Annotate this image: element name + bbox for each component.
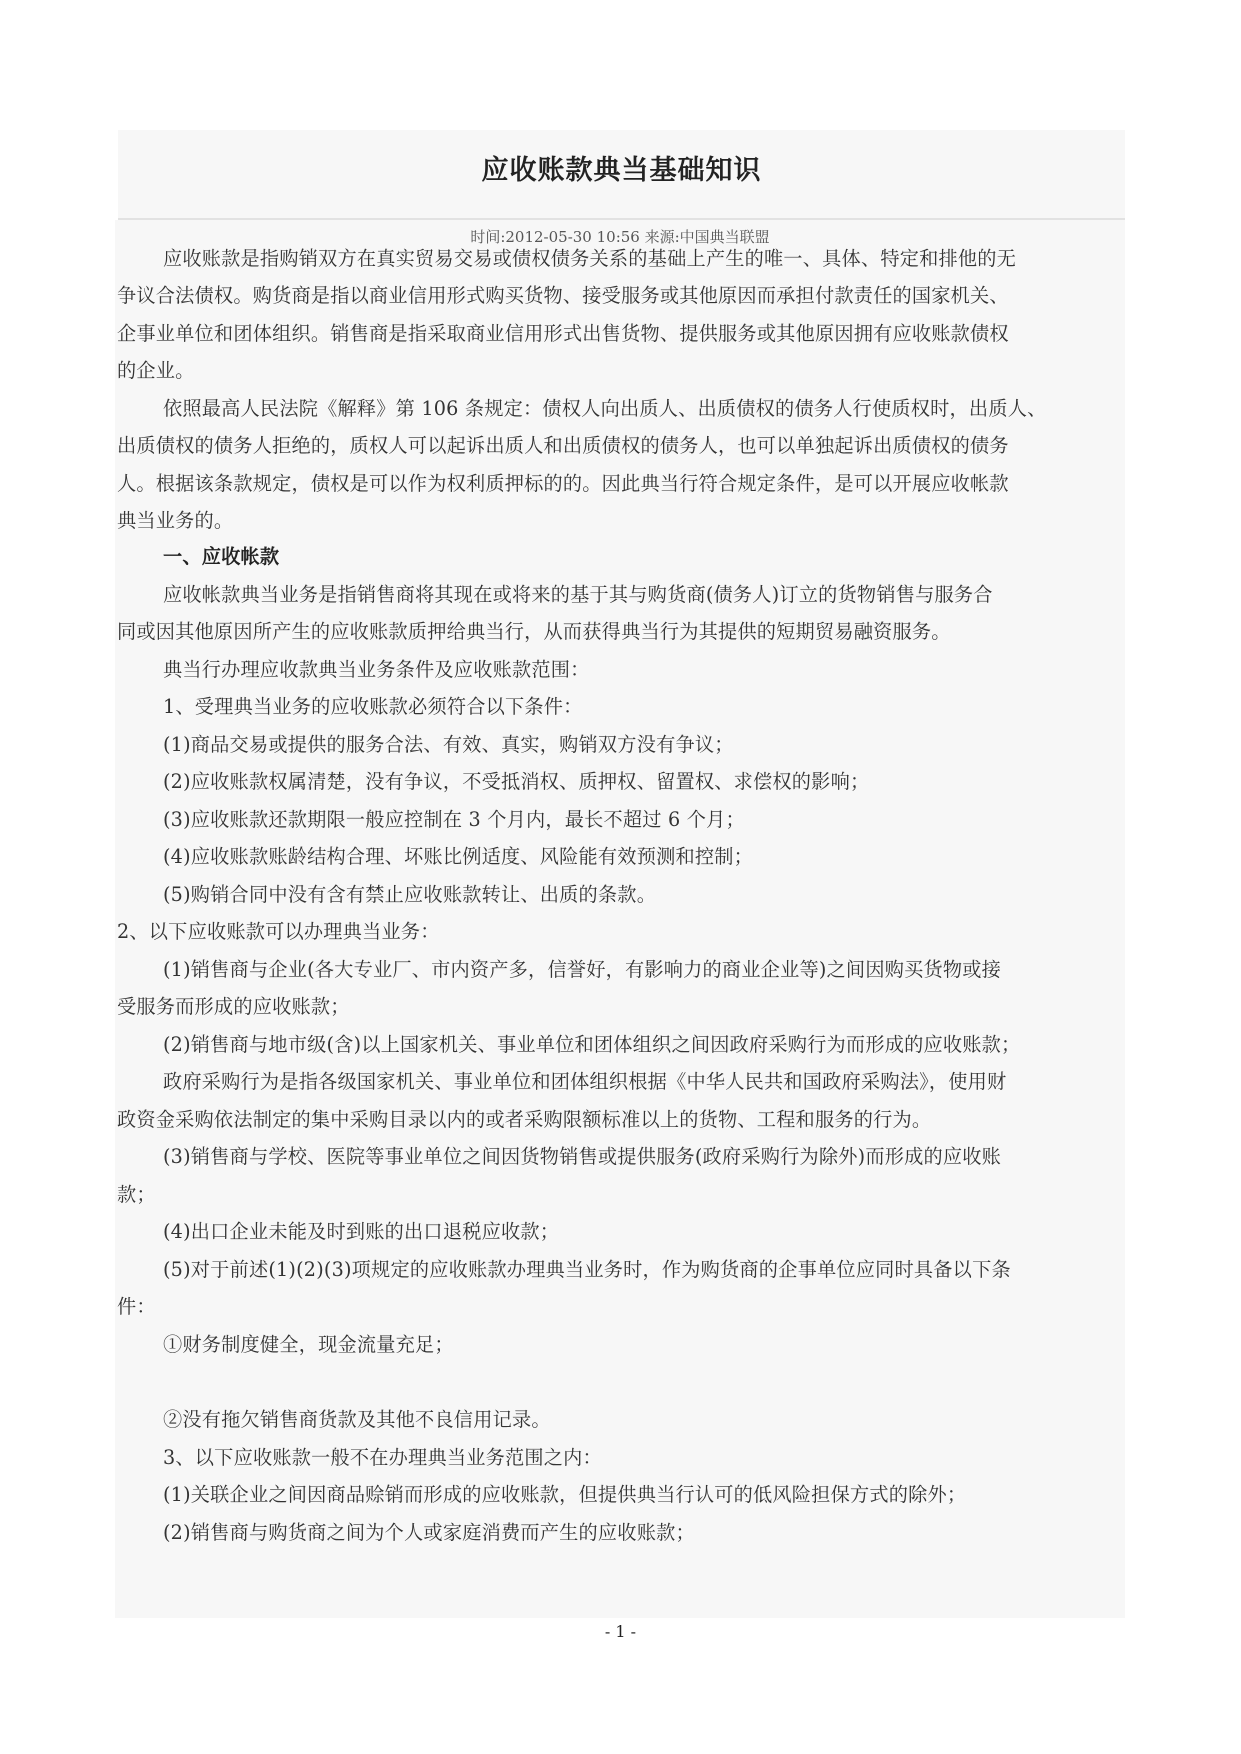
paragraph-line: 1、受理典当业务的应收账款必须符合以下条件： bbox=[163, 692, 583, 719]
paragraph-line: 政府采购行为是指各级国家机关、事业单位和团体组织根据《中华人民共和国政府采购法》… bbox=[163, 1067, 1006, 1094]
title-header: 应收账款典当基础知识 bbox=[118, 130, 1125, 220]
paragraph-line: (1)商品交易或提供的服务合法、有效、真实，购销双方没有争议； bbox=[163, 730, 734, 757]
paragraph-line: (3)应收账款还款期限一般应控制在 3 个月内，最长不超过 6 个月； bbox=[163, 805, 745, 832]
paragraph-line: 受服务而形成的应收账款； bbox=[117, 992, 350, 1019]
paragraph-line: 同或因其他原因所产生的应收账款质押给典当行，从而获得典当行为其提供的短期贸易融资… bbox=[117, 617, 951, 644]
paragraph-line: 3、以下应收账款一般不在办理典当业务范围之内： bbox=[163, 1443, 602, 1470]
paragraph-line: 典当业务的。 bbox=[117, 506, 233, 533]
paragraph-line: (3)销售商与学校、医院等事业单位之间因货物销售或提供服务(政府采购行为除外)而… bbox=[163, 1142, 1001, 1169]
paragraph-line: (5)对于前述(1)(2)(3)项规定的应收账款办理典当业务时，作为购货商的企事… bbox=[163, 1255, 1011, 1282]
paragraph-line: (2)销售商与购货商之间为个人或家庭消费而产生的应收账款； bbox=[163, 1518, 695, 1545]
page-number: - 1 - bbox=[0, 1622, 1241, 1641]
paragraph-line: (4)出口企业未能及时到账的出口退税应收款； bbox=[163, 1217, 559, 1244]
paragraph-line: 应收账款是指购销双方在真实贸易交易或债权债务关系的基础上产生的唯一、具体、特定和… bbox=[163, 244, 1016, 271]
paragraph-line: 依照最高人民法院《解释》第 106 条规定：债权人向出质人、出质债权的债务人行使… bbox=[163, 394, 1046, 421]
paragraph-line: 款； bbox=[117, 1180, 156, 1207]
paragraph-line: 出质债权的债务人拒绝的，质权人可以起诉出质人和出质债权的债务人，也可以单独起诉出… bbox=[117, 431, 1009, 458]
paragraph-line: 人。根据该条款规定，债权是可以作为权利质押标的的。因此典当行符合规定条件，是可以… bbox=[117, 469, 1009, 496]
paragraph-line: ①财务制度健全，现金流量充足； bbox=[163, 1330, 454, 1357]
paragraph-line: (1)销售商与企业(各大专业厂、市内资产多，信誉好，有影响力的商业企业等)之间因… bbox=[163, 955, 1001, 982]
paragraph-line: (5)购销合同中没有含有禁止应收账款转让、出质的条款。 bbox=[163, 880, 656, 907]
paragraph-line: (2)销售商与地市级(含)以上国家机关、事业单位和团体组织之间因政府采购行为而形… bbox=[163, 1030, 1020, 1057]
paragraph-line: ②没有拖欠销售商货款及其他不良信用记录。 bbox=[163, 1405, 551, 1432]
article-body: 时间:2012-05-30 10:56 来源:中国典当联盟 应收账款是指购销双方… bbox=[115, 220, 1125, 1618]
paragraph-line: 争议合法债权。购货商是指以商业信用形式购买货物、接受服务或其他原因而承担付款责任… bbox=[117, 281, 1009, 308]
paragraph-line: (4)应收账款账龄结构合理、坏账比例适度、风险能有效预测和控制； bbox=[163, 842, 753, 869]
paragraph-line: 的企业。 bbox=[117, 356, 195, 383]
paragraph-line: 件： bbox=[117, 1292, 156, 1319]
section-heading: 一、应收帐款 bbox=[163, 542, 279, 569]
document-title: 应收账款典当基础知识 bbox=[118, 148, 1125, 187]
paragraph-line: (1)关联企业之间因商品赊销而形成的应收账款，但提供典当行认可的低风险担保方式的… bbox=[163, 1480, 966, 1507]
paragraph-line: 企事业单位和团体组织。销售商是指采取商业信用形式出售货物、提供服务或其他原因拥有… bbox=[117, 319, 1009, 346]
paragraph-line: 典当行办理应收款典当业务条件及应收账款范围： bbox=[163, 655, 590, 682]
paragraph-line: 政资金采购依法制定的集中采购目录以内的或者采购限额标准以上的货物、工程和服务的行… bbox=[117, 1105, 931, 1132]
paragraph-line: (2)应收账款权属清楚，没有争议，不受抵消权、质押权、留置权、求偿权的影响； bbox=[163, 767, 869, 794]
paragraph-line: 2、以下应收账款可以办理典当业务： bbox=[117, 917, 440, 944]
paragraph-line: 应收帐款典当业务是指销售商将其现在或将来的基于其与购货商(债务人)订立的货物销售… bbox=[163, 580, 993, 607]
